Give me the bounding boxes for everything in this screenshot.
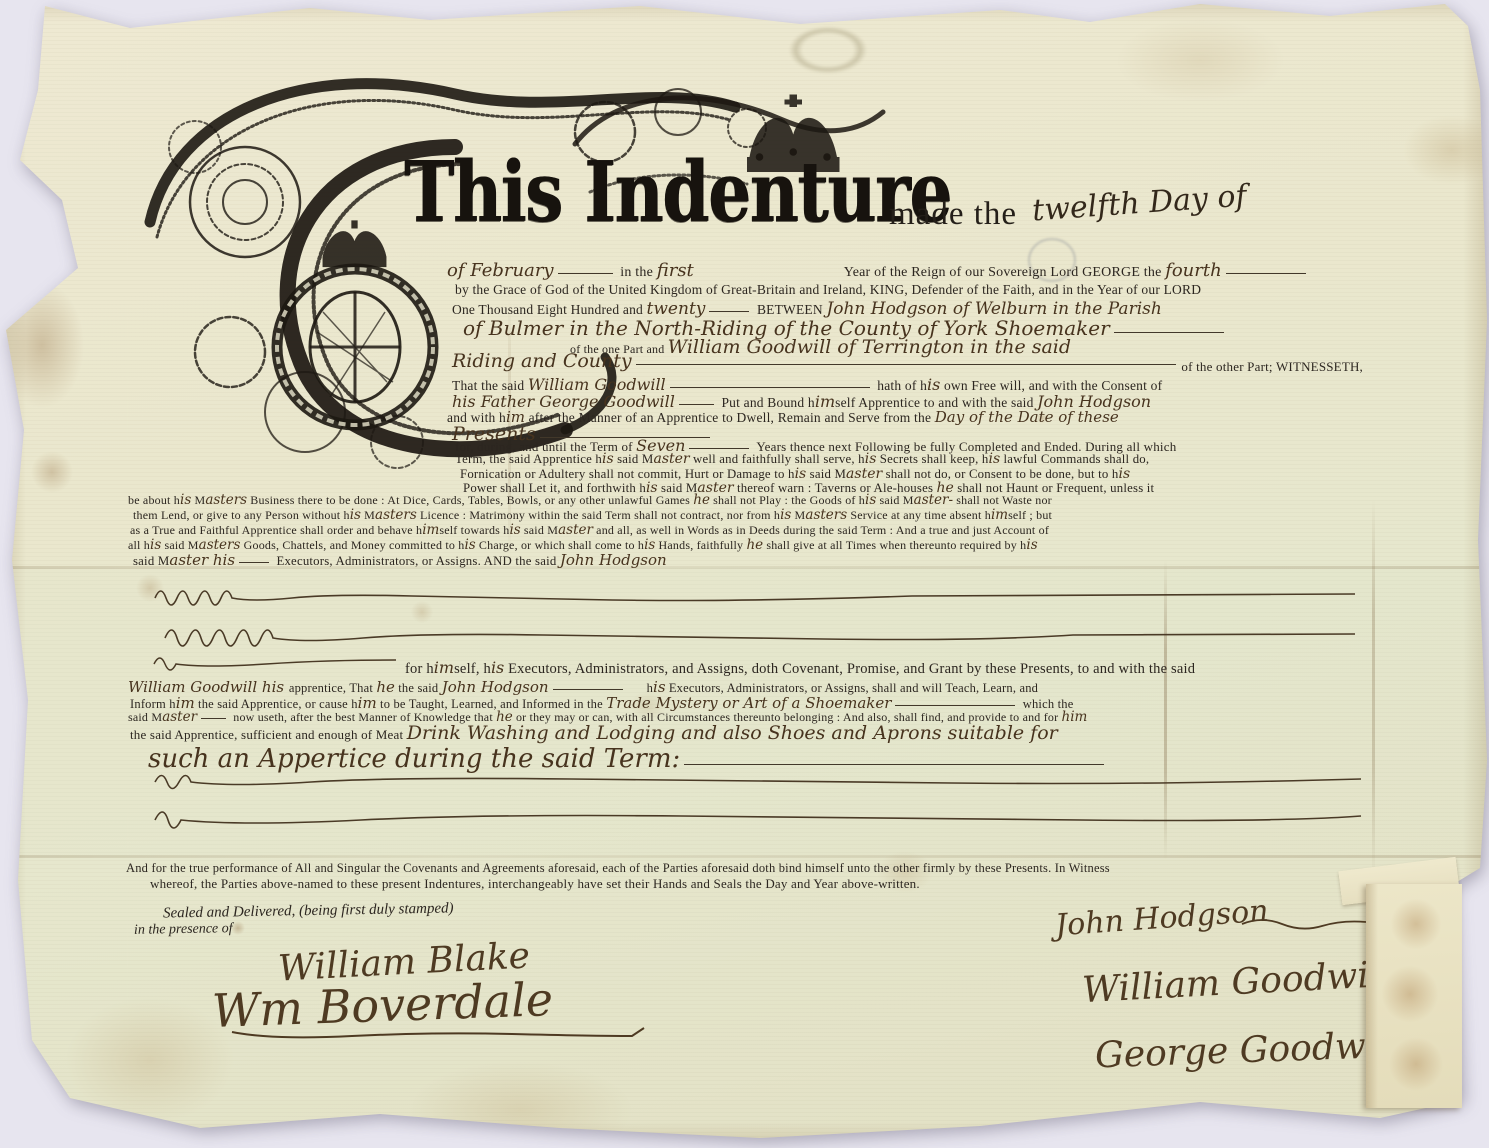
ink-rule bbox=[895, 703, 1015, 706]
handwritten-text: is bbox=[795, 466, 807, 482]
printed-text: Business there to be done : At Dice, Car… bbox=[247, 493, 693, 507]
printed-text: Charge, or which shall come to h bbox=[476, 538, 644, 552]
document-line: William Goodwill his apprentice, That he… bbox=[128, 680, 1038, 695]
printed-text: said M bbox=[133, 554, 169, 568]
document-line: of February in the firstYear of the Reig… bbox=[447, 262, 1310, 280]
document-line: Fornication or Adultery shall not commit… bbox=[460, 467, 1130, 481]
printed-text: said M bbox=[161, 538, 198, 552]
handwritten-text: im bbox=[422, 522, 439, 538]
printed-text: Service at any time absent h bbox=[847, 508, 991, 522]
handwritten-text: im bbox=[991, 507, 1008, 523]
printed-text: in the bbox=[617, 265, 657, 280]
handwritten-text: John Hodgson bbox=[442, 678, 549, 696]
printed-text: M bbox=[791, 508, 805, 522]
handwritten-text: first bbox=[657, 260, 694, 281]
printed-text: Year of the Reign of our Sovereign Lord … bbox=[844, 265, 1165, 280]
printed-text: all h bbox=[128, 538, 150, 552]
printed-text: and all, as well in Words as in Deeds du… bbox=[593, 523, 1049, 537]
printed-text: That the said bbox=[452, 378, 528, 393]
handwritten-text: aster bbox=[846, 466, 882, 482]
handwritten-text: asters bbox=[205, 492, 247, 508]
ink-rule bbox=[689, 446, 749, 449]
ink-fill-line bbox=[150, 580, 1365, 610]
printed-text: to be Taught, Learned, and Informed in t… bbox=[377, 697, 607, 711]
document-line: Term, the said Apprentice his said Maste… bbox=[455, 452, 1149, 466]
handwritten-text: is bbox=[491, 658, 504, 677]
handwritten-text: fourth bbox=[1165, 260, 1222, 281]
printed-text: Executors, Administrators, or Assigns. A… bbox=[273, 554, 560, 568]
ink-rule bbox=[239, 560, 269, 563]
document-line: And for the true performance of All and … bbox=[126, 862, 1110, 875]
document-line: for himself, his Executors, Administrato… bbox=[405, 660, 1195, 677]
document-line: the said Apprentice, sufficient and enou… bbox=[130, 724, 1058, 743]
document-line: of Bulmer in the North-Riding of the Cou… bbox=[463, 318, 1228, 338]
made-the-text: made the bbox=[889, 196, 1017, 233]
handwritten-text: im bbox=[434, 658, 454, 677]
parchment-paper: This Indenture made the twelfth Day of o… bbox=[0, 0, 1489, 1148]
handwritten-text: is bbox=[464, 537, 475, 553]
folded-seal-flap bbox=[1366, 884, 1462, 1108]
handwritten-text: his Father George Goodwill bbox=[452, 392, 675, 411]
handwritten-text: aster bbox=[653, 451, 689, 467]
handwritten-text: is bbox=[150, 537, 161, 553]
handwritten-text: Riding and County bbox=[452, 350, 632, 372]
signature-master: John Hodgson bbox=[1054, 894, 1270, 944]
handwritten-text: of February bbox=[447, 260, 554, 281]
printed-text: as a True and Faithful Apprentice shall … bbox=[130, 523, 422, 537]
ink-rule bbox=[679, 402, 714, 405]
handwritten-text: aster bbox=[162, 709, 197, 725]
handwritten-day: twelfth Day of bbox=[1031, 179, 1248, 229]
printed-text: after the Manner of an Apprentice to Dwe… bbox=[525, 410, 935, 425]
in-presence-of-text: in the presence of bbox=[134, 921, 233, 939]
sealed-delivered-text: Sealed and Delivered, (being first duly … bbox=[163, 900, 454, 922]
handwritten-text: is bbox=[350, 507, 361, 523]
printed-text: the said Apprentice, or cause h bbox=[195, 697, 358, 711]
handwritten-text: he bbox=[376, 678, 395, 696]
handwritten-text: aster- bbox=[914, 492, 953, 508]
printed-text: own Free will, and with the Consent of bbox=[940, 378, 1162, 393]
printed-text: them Lend, or give to any Person without… bbox=[133, 508, 350, 522]
handwritten-text: is bbox=[780, 507, 791, 523]
printed-text: apprentice, That bbox=[289, 681, 377, 695]
printed-text: whereof, the Parties above-named to thes… bbox=[150, 876, 920, 891]
document-line: and with him after the Manner of an Appr… bbox=[447, 410, 1119, 425]
handwritten-text: Drink Washing and Lodging and also Shoes… bbox=[407, 722, 1058, 744]
blank-space bbox=[694, 275, 844, 276]
ink-fill-line bbox=[150, 766, 1365, 796]
printed-text: Fornication or Adultery shall not commit… bbox=[460, 467, 795, 481]
ink-rule bbox=[1114, 330, 1224, 333]
handwritten-text: William Goodwill his bbox=[128, 678, 289, 696]
printed-text: Goods, Chattels, and Money committed to … bbox=[240, 538, 464, 552]
document-line: Riding and County bbox=[452, 352, 1180, 371]
printed-text: the said Apprentice, sufficient and enou… bbox=[130, 727, 407, 742]
handwritten-text: he bbox=[746, 537, 763, 553]
printed-text: Term, the said Apprentice h bbox=[455, 452, 602, 466]
handwritten-text: is bbox=[865, 492, 876, 508]
ink-rule bbox=[709, 309, 749, 312]
printed-text: lawful Commands shall do, bbox=[1000, 452, 1149, 466]
handwritten-text: aster his bbox=[169, 551, 235, 569]
handwritten-text: him bbox=[1062, 709, 1088, 725]
printed-text: self, h bbox=[454, 661, 491, 677]
signature-dash bbox=[1240, 912, 1370, 934]
handwritten-text: is bbox=[865, 451, 877, 467]
ink-rule bbox=[201, 716, 226, 719]
printed-text: M bbox=[191, 493, 205, 507]
ink-fill-line bbox=[150, 652, 400, 672]
printed-text: said M bbox=[614, 452, 654, 466]
handwritten-text: asters bbox=[805, 507, 847, 523]
printed-text: shall not Play : the Goods of h bbox=[710, 493, 865, 507]
ink-rule bbox=[636, 362, 1176, 365]
printed-text: of the other Part; WITNESSETH, bbox=[1181, 359, 1363, 374]
document-line: of the other Part; WITNESSETH, bbox=[1181, 360, 1363, 373]
document-line: as a True and Faithful Apprentice shall … bbox=[130, 524, 1049, 538]
printed-text: BETWEEN bbox=[753, 302, 826, 317]
fold-crease-vertical bbox=[1372, 500, 1375, 880]
printed-text: Executors, Administrators, and Assigns, … bbox=[504, 661, 1195, 677]
ink-rule bbox=[684, 762, 1104, 765]
signature-apprentice: William Goodwill bbox=[1081, 954, 1393, 1011]
document-line: them Lend, or give to any Person without… bbox=[133, 509, 1052, 523]
printed-text: said M bbox=[806, 467, 846, 481]
printed-text: for h bbox=[405, 661, 434, 677]
printed-text: One Thousand Eight Hundred and bbox=[452, 302, 647, 317]
document-title: This Indenture bbox=[404, 142, 951, 241]
handwritten-text: is bbox=[927, 375, 940, 394]
handwritten-text: is bbox=[1119, 466, 1131, 482]
printed-text: shall give at all Times when thereunto r… bbox=[763, 538, 1026, 552]
printed-text: the said bbox=[395, 681, 442, 695]
ink-rule bbox=[670, 385, 870, 388]
printed-text: self ; but bbox=[1008, 508, 1052, 522]
printed-text: well and faithfully shall serve, h bbox=[690, 452, 865, 466]
document-line: by the Grace of God of the United Kingdo… bbox=[455, 283, 1201, 297]
printed-text: M bbox=[361, 508, 375, 522]
printed-text: self towards h bbox=[439, 523, 509, 537]
printed-text: Put and Bound h bbox=[718, 395, 815, 410]
printed-text: said M bbox=[876, 493, 913, 507]
handwritten-text: is bbox=[1026, 537, 1037, 553]
handwritten-text: he bbox=[693, 492, 710, 508]
document-line: Inform him the said Apprentice, or cause… bbox=[130, 696, 1073, 711]
printed-text: Hands, faithfully bbox=[655, 538, 746, 552]
handwritten-text: asters bbox=[375, 507, 417, 523]
blank-space bbox=[627, 691, 647, 692]
ink-fill-line bbox=[150, 800, 1365, 834]
printed-text: by the Grace of God of the United Kingdo… bbox=[455, 282, 1201, 297]
fold-crease-horizontal bbox=[0, 855, 1489, 858]
handwritten-text: im bbox=[815, 392, 835, 411]
printed-text: And for the true performance of All and … bbox=[126, 861, 1110, 875]
ink-rule bbox=[553, 687, 623, 690]
embossed-duty-stamp bbox=[782, 22, 874, 78]
handwritten-text: is bbox=[509, 522, 520, 538]
ink-rule bbox=[1226, 271, 1306, 274]
indenture-document: This Indenture made the twelfth Day of o… bbox=[0, 0, 1489, 1148]
ink-rule bbox=[558, 271, 613, 274]
printed-text: shall not do, or Consent to be done, but… bbox=[882, 467, 1118, 481]
printed-text: hath of h bbox=[874, 378, 927, 393]
printed-text: be about h bbox=[128, 493, 180, 507]
handwritten-text: is bbox=[180, 492, 191, 508]
document-line: said Master his Executors, Administrator… bbox=[133, 553, 667, 568]
handwritten-text: Day of the Date of these bbox=[935, 408, 1119, 426]
printed-text: said M bbox=[128, 710, 162, 724]
handwritten-text: is bbox=[602, 451, 614, 467]
signature-underline bbox=[228, 1022, 648, 1042]
handwritten-text: aster bbox=[558, 522, 593, 538]
ink-fill-line bbox=[160, 618, 1365, 652]
document-line: whereof, the Parties above-named to thes… bbox=[150, 877, 920, 890]
printed-text: Executors, Administrators, or Assigns, s… bbox=[666, 681, 1039, 695]
document-line: That the said William Goodwill hath of h… bbox=[452, 377, 1162, 393]
printed-text: Licence : Matrimony within the said Term… bbox=[417, 508, 780, 522]
printed-text: said M bbox=[521, 523, 558, 537]
signature-father: George Goodwill bbox=[1094, 1025, 1400, 1077]
printed-text: shall not Waste nor bbox=[953, 493, 1052, 507]
printed-text: Secrets shall keep, h bbox=[876, 452, 988, 466]
document-line: be about his Masters Business there to b… bbox=[128, 494, 1052, 508]
handwritten-text: John Hodgson bbox=[560, 551, 667, 569]
handwritten-text: is bbox=[988, 451, 1000, 467]
